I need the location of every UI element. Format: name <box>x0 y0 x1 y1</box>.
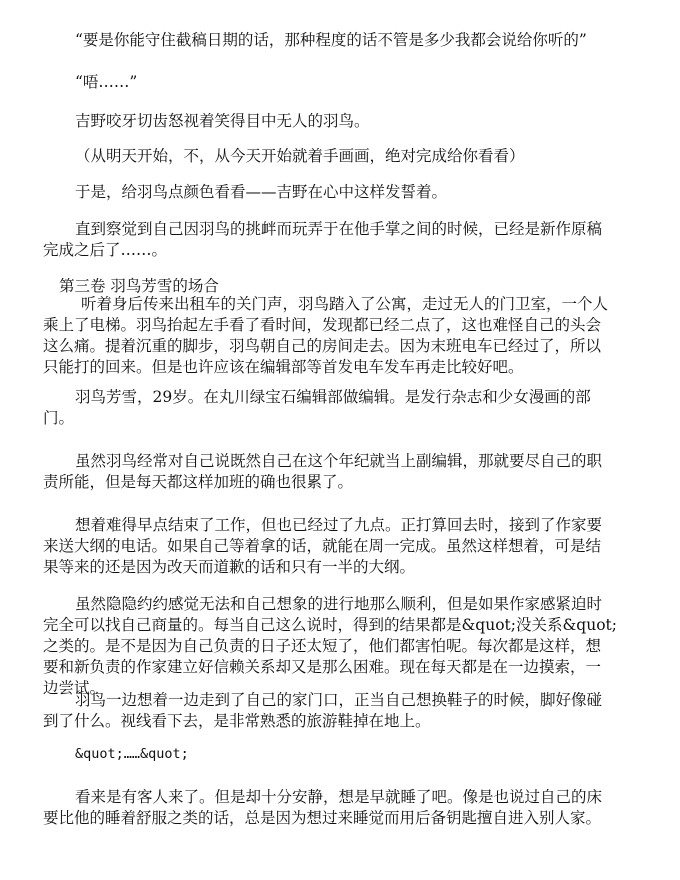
text-line: “唔……” <box>43 72 643 93</box>
text-line: 果等来的还是因为改天而道歉的话和只有一半的大纲。 <box>43 557 643 578</box>
chapter-paragraph-3: 虽然羽鸟经常对自己说既然自己在这个年纪就当上副编辑，那就要尽自己的职 责所能，但… <box>43 451 643 493</box>
text-line: 虽然隐隐约约感觉无法和自己想象的进行地那么顺利，但是如果作家感紧迫时 <box>43 594 643 615</box>
chapter-paragraph-1: 听着身后传来出租车的关门声，羽鸟踏入了公寓，走过无人的门卫室，一个人 乘上了电梯… <box>43 294 643 378</box>
text-line: 之类的。是不是因为自己负责的日子还太短了，他们都害怕呢。每次都是这样，想 <box>43 636 643 657</box>
text-line: &quot;……&quot; <box>43 744 643 765</box>
text-line: 虽然羽鸟经常对自己说既然自己在这个年纪就当上副编辑，那就要尽自己的职 <box>43 451 643 472</box>
paragraph-thought: （从明天开始，不，从今天开始就着手画画，绝对完成给你看看） <box>43 146 643 167</box>
text-line: 来送大纲的电话。如果自己等着拿的话，就能在周一完成。虽然这样想着，可是结 <box>43 536 643 557</box>
chapter-paragraph-2: 羽鸟芳雪，29岁。在丸川绿宝石编辑部做编辑。是发行杂志和少女漫画的部 门。 <box>43 387 643 429</box>
text-line: 只能打的回来。但是也许应该在编辑部等首发电车发车再走比较好吧。 <box>43 357 643 378</box>
chapter-paragraph-5: 虽然隐隐约约感觉无法和自己想象的进行地那么顺利，但是如果作家感紧迫时 完全可以找… <box>43 594 643 699</box>
chapter-paragraph-7: &quot;……&quot; <box>43 744 643 765</box>
text-line: “要是你能守住截稿日期的话，那种程度的话不管是多少我都会说给你听的” <box>43 30 643 51</box>
paragraph-narration-3: 直到察觉到自己因羽鸟的挑衅而玩弄于在他手掌之间的时候，已经是新作原稿 完成之后了… <box>43 219 643 261</box>
text-line: 到了什么。视线看下去，是非常熟悉的旅游鞋掉在地上。 <box>43 711 643 732</box>
text-line: 要和新负责的作家建立好信赖关系却又是那么困难。现在每天都是在一边摸索，一 <box>43 657 643 678</box>
text-line: 门。 <box>43 408 643 429</box>
document-page: “要是你能守住截稿日期的话，那种程度的话不管是多少我都会说给你听的” “唔……”… <box>0 0 680 880</box>
text-line: 于是，给羽鸟点颜色看看——吉野在心中这样发誓着。 <box>43 182 643 203</box>
text-line: 听着身后传来出租车的关门声，羽鸟踏入了公寓，走过无人的门卫室，一个人 <box>43 294 643 315</box>
chapter-paragraph-4: 想着难得早点结束了工作，但也已经过了九点。正打算回去时，接到了作家要 来送大纲的… <box>43 515 643 578</box>
text-line: 直到察觉到自己因羽鸟的挑衅而玩弄于在他手掌之间的时候，已经是新作原稿 <box>43 219 643 240</box>
chapter-paragraph-6: 羽鸟一边想着一边走到了自己的家门口，正当自己想换鞋子的时候，脚好像碰 到了什么。… <box>43 690 643 732</box>
text-line: 吉野咬牙切齿怒视着笑得目中无人的羽鸟。 <box>43 111 643 132</box>
text-line: 完成之后了……。 <box>43 240 643 261</box>
text-line: 乘上了电梯。羽鸟抬起左手看了看时间，发现都已经二点了，这也难怪自己的头会 <box>43 315 643 336</box>
text-line: （从明天开始，不，从今天开始就着手画画，绝对完成给你看看） <box>43 146 643 167</box>
paragraph-dialogue-1: “要是你能守住截稿日期的话，那种程度的话不管是多少我都会说给你听的” <box>43 30 643 51</box>
paragraph-narration-2: 于是，给羽鸟点颜色看看——吉野在心中这样发誓着。 <box>43 182 643 203</box>
text-line: 想着难得早点结束了工作，但也已经过了九点。正打算回去时，接到了作家要 <box>43 515 643 536</box>
text-line: 羽鸟芳雪，29岁。在丸川绿宝石编辑部做编辑。是发行杂志和少女漫画的部 <box>43 387 643 408</box>
text-line: 责所能，但是每天都这样加班的确也很累了。 <box>43 472 643 493</box>
text-line: 看来是有客人来了。但是却十分安静，想是早就睡了吧。像是也说过自己的床 <box>43 787 643 808</box>
paragraph-dialogue-2: “唔……” <box>43 72 643 93</box>
text-line: 完全可以找自己商量的。每当自己这么说时，得到的结果都是&quot;没关系&quo… <box>43 615 643 636</box>
text-line: 要比他的睡着舒服之类的话，总是因为想过来睡觉而用后备钥匙擅自进入别人家。 <box>43 808 643 829</box>
paragraph-narration-1: 吉野咬牙切齿怒视着笑得目中无人的羽鸟。 <box>43 111 643 132</box>
chapter-paragraph-8: 看来是有客人来了。但是却十分安静，想是早就睡了吧。像是也说过自己的床 要比他的睡… <box>43 787 643 829</box>
text-line: 这么痛。提着沉重的脚步，羽鸟朝自己的房间走去。因为末班电车已经过了，所以 <box>43 336 643 357</box>
text-line: 羽鸟一边想着一边走到了自己的家门口，正当自己想换鞋子的时候，脚好像碰 <box>43 690 643 711</box>
